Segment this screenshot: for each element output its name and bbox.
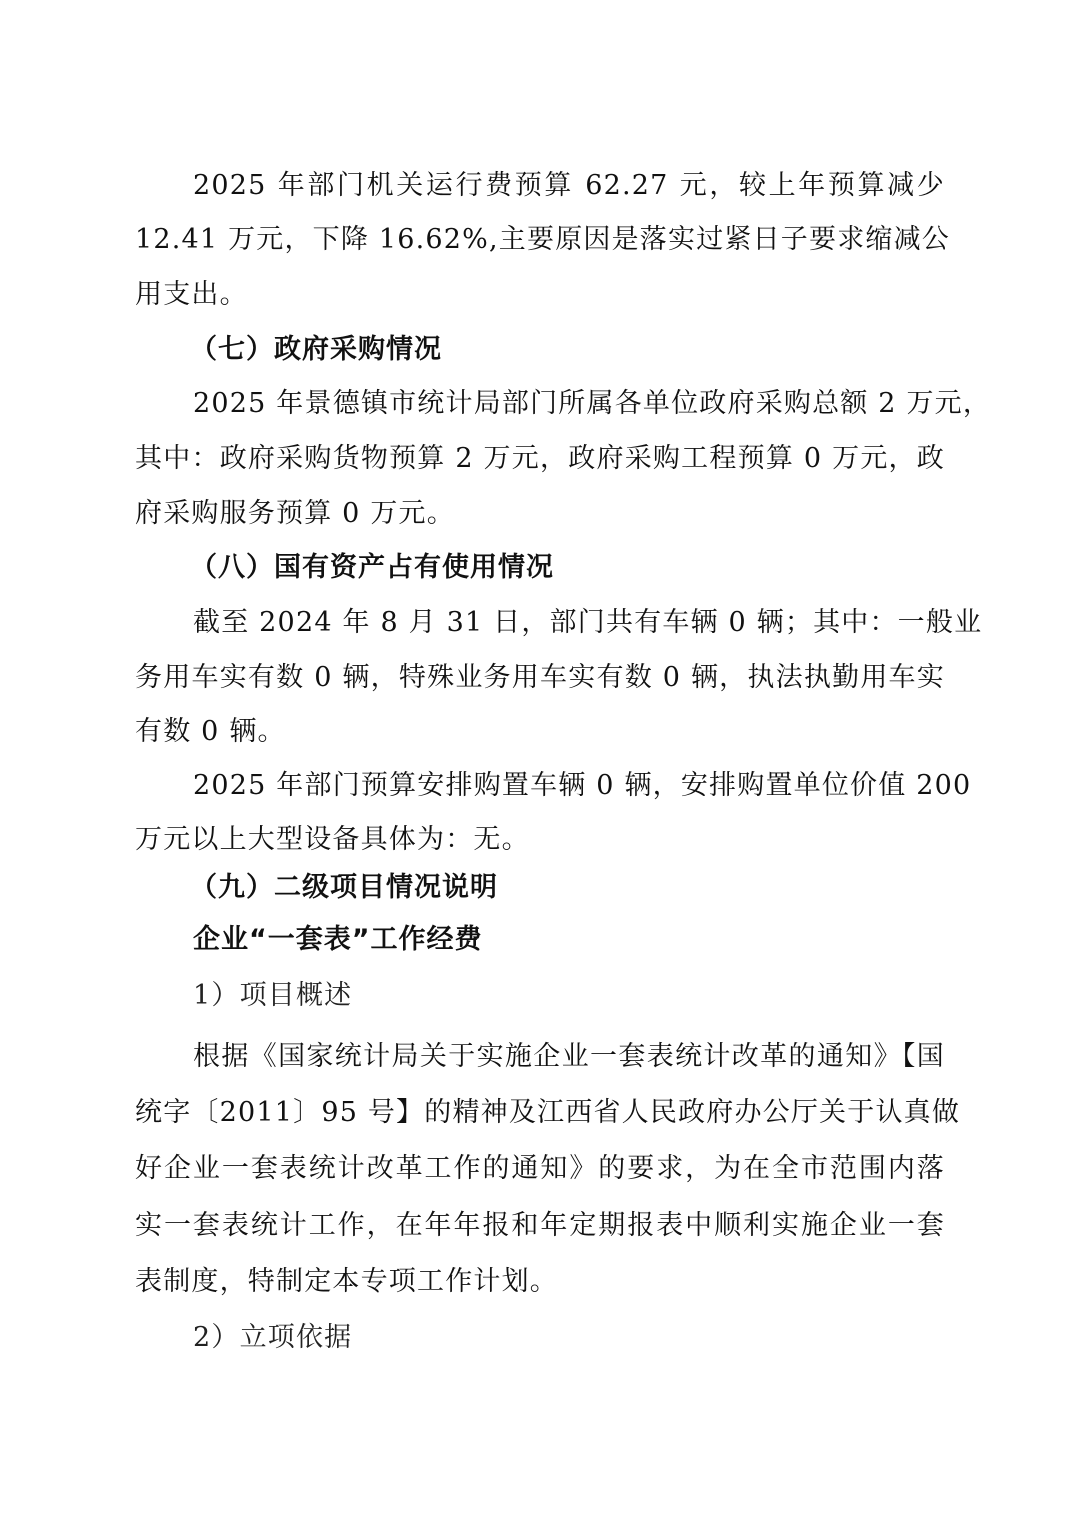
section-heading-secondary-projects: （九）二级项目情况说明	[190, 870, 498, 906]
paragraph-line: 12.41 万元，下降 16.62%,主要原因是落实过紧日子要求缩减公	[135, 222, 945, 258]
paragraph-line: 2025 年部门机关运行费预算 62.27 元，较上年预算减少	[193, 168, 945, 204]
paragraph-line: 根据《国家统计局关于实施企业一套表统计改革的通知》【国	[193, 1039, 945, 1075]
subheading-project-basis: 2）立项依据	[193, 1320, 352, 1356]
paragraph-line: 实一套表统计工作，在年年报和年定期报表中顺利实施企业一套	[135, 1208, 945, 1244]
paragraph-line: 有数 0 辆。	[135, 714, 945, 750]
section-heading-state-assets: （八）国有资产占有使用情况	[190, 550, 554, 586]
project-title: 企业“一套表”工作经费	[193, 922, 483, 958]
paragraph-line: 其中：政府采购货物预算 2 万元，政府采购工程预算 0 万元，政	[135, 441, 945, 477]
paragraph-line: 用支出。	[135, 277, 945, 313]
subheading-project-overview: 1）项目概述	[193, 978, 352, 1014]
paragraph-line: 万元以上大型设备具体为：无。	[135, 822, 945, 858]
paragraph-line: 截至 2024 年 8 月 31 日，部门共有车辆 0 辆；其中：一般业	[193, 605, 945, 641]
paragraph-line: 统字〔2011〕95 号】的精神及江西省人民政府办公厅关于认真做	[135, 1095, 945, 1131]
section-heading-procurement: （七）政府采购情况	[190, 332, 442, 368]
paragraph-line: 好企业一套表统计改革工作的通知》的要求，为在全市范围内落	[135, 1151, 945, 1187]
document-page: 2025 年部门机关运行费预算 62.27 元，较上年预算减少 12.41 万元…	[0, 0, 1074, 1520]
paragraph-line: 2025 年景德镇市统计局部门所属各单位政府采购总额 2 万元，	[193, 386, 945, 422]
paragraph-line: 务用车实有数 0 辆，特殊业务用车实有数 0 辆，执法执勤用车实	[135, 660, 945, 696]
paragraph-line: 表制度，特制定本专项工作计划。	[135, 1264, 945, 1300]
paragraph-line: 府采购服务预算 0 万元。	[135, 496, 945, 532]
paragraph-line: 2025 年部门预算安排购置车辆 0 辆，安排购置单位价值 200	[193, 768, 945, 804]
